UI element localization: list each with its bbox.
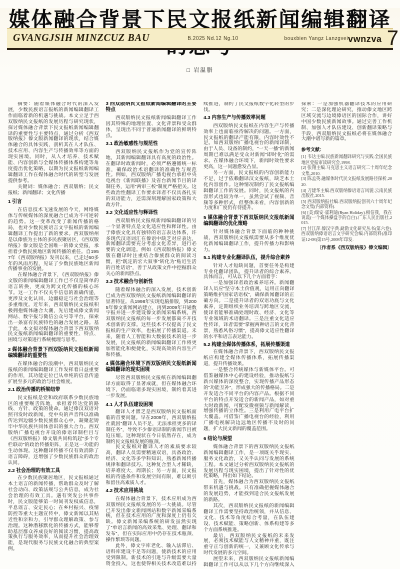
- section-heading: 3.1 政治敏感性与规范性: [106, 142, 197, 148]
- body-paragraph: 在少数民族聚居地区，民文报纸通过本土语言的新闻传播，帮助群众及时了解社会动向、政…: [8, 476, 99, 553]
- body-paragraph: 在媒体融合背景下，西双版纳民文报纸应构建全媒体传播体系，拓展传播渠道，提升传播效…: [204, 350, 295, 368]
- body-paragraph: 尽管西双版纳民文报纸在新闻编辑翻译方面取得了显著成就，但在媒体融合环境下，仍面临…: [106, 376, 197, 400]
- author-affiliation: 〔作者系《西双版纳报》傣文编辑〕: [301, 245, 392, 251]
- section-heading: 2.2 社会治理的有效工具: [8, 469, 99, 475]
- body-paragraph: 一是加强译者政治素养培养。新闻翻译人员应“坚守本土价值观，运用正向翻译策略维护国…: [204, 281, 295, 340]
- body-paragraph: 西双版纳民文报纸作为党的宣传阵地，其新闻编辑翻译具有高度的政治性。在翻译时政新闻…: [106, 150, 197, 209]
- body-paragraph: 首先，媒体融合为西双版纳民文报纸带来机遇与挑战。只有准确把握媒体融合的发展趋势，…: [204, 480, 295, 504]
- references-heading: 参考文献：: [301, 147, 392, 153]
- newspaper-page: GVANGJSIH MINZCUZ BAU B.2025 Nd.12 Ng.10…: [0, 8, 400, 569]
- body-paragraph: 关键词：媒体融合；西双版纳；民文报纸；新闻翻译；文化传播: [8, 185, 99, 197]
- issue-date: B.2025 Nd.12 Ng.10: [188, 36, 239, 42]
- body-paragraph: 媒体融合背景下的西双版纳民文报纸新闻编辑翻译工作，是一项既关乎现实、服务文化政治…: [204, 445, 295, 480]
- section-heading: 5.2 构建全媒体传播体系，拓展传播渠道: [204, 343, 295, 349]
- section-heading: 3.3 技术融合与创新性: [106, 280, 197, 286]
- body-paragraph: 西双版纳民文报纸在内容生产与传播效率上也面临亟待解决的问题。一方面，民文报纸的翻…: [204, 124, 295, 171]
- section-name: vwnzva: [348, 34, 382, 44]
- body-paragraph: 在信息技术飞速发展的今天，网络媒体与传统媒体的深度融合已成为不可逆转的趋势。这一…: [8, 208, 99, 273]
- body-paragraph: 另一方面，民文报纸的内容创新能力不足，过于依赖翻译汉文报纸，缺乏本土化内容创作。…: [204, 171, 295, 212]
- reference-item: [4] 刀建华主编.西双版纳傣语语言风貌.云南民族出版社,2015.: [301, 188, 392, 199]
- body-paragraph: 西双版纳民文报纸新闻编辑翻译的另一个显著特点是文化适应性和释译性。由于傣族文化具…: [106, 219, 197, 278]
- paper-name: GVANGJSIH MINZCUZ BAU: [13, 33, 150, 44]
- body-paragraph: 在媒体融合的浪潮中，西双版纳民文报纸的新闻编辑翻译工作发挥着日益重要的作用，其功…: [8, 362, 99, 386]
- section-heading: 3.2 文化适应性与释译性: [106, 211, 197, 217]
- reference-item: [2] 张翔主编.马克思主义语言研究二十周年纪念文集,2010.: [301, 165, 392, 176]
- body-paragraph: 在媒体融合背景下，技术应用成为西双版纳民文报纸发展的另一大挑战。尽管已开发出傣文…: [106, 497, 197, 544]
- section-heading: 1 引言: [8, 200, 99, 206]
- byline: □ 岩温腊: [0, 66, 400, 74]
- section-heading: 5 媒体融合背景下西双版纳民文报纸新闻编辑翻译的优化策略: [204, 216, 295, 228]
- section-heading: 4.1 人才队伍建设困境: [106, 403, 197, 409]
- masthead: GVANGJSIH MINZCUZ BAU B.2025 Nd.12 Ng.10…: [7, 28, 393, 50]
- reference-item: [5] 西双版纳报社编.西双版纳报创刊六十周年纪念文集(内部资料).: [301, 199, 392, 210]
- body-paragraph: 最后，西双版纳民文报纸的未来发展，必须技术赋能与人文精神并重，既注重守正与创新的…: [204, 534, 295, 558]
- reference-item: [1] 韦达主编.民族新闻翻译研究与实践.全国民族地区党报审读研究会,1998.: [301, 154, 392, 165]
- section-heading: 4.3 内容生产与传播效率问题: [204, 116, 295, 122]
- body-paragraph: 民文报纸是党和政府联系少数民族地区的重要喉舌阵地，承担着传达党的路线、方针、政策…: [8, 396, 99, 467]
- body-paragraph: 一是整合传统媒体与新媒体平台。可借鉴融媒体中心的建设经验，推动报纸与新兴媒体的深…: [204, 368, 295, 433]
- section-heading: 4 媒体融合环境下西双版纳民文报纸新闻编辑翻译的现实困境: [106, 362, 197, 374]
- section-heading: 2 媒体融合背景下西双版纳民文报纸新闻编辑翻译的重要性: [8, 348, 99, 360]
- body-paragraph: 随着媒体融合的深入发展，技术创新已成为西双版纳民文报纸新闻编辑翻译的显著特征。从…: [106, 288, 197, 359]
- page-editor: bouxbien Yangz Lanzgvei: [284, 36, 348, 42]
- article-body: 摘要：随着媒体融合时代的深入发展，少数民族语言报纸的新闻编辑翻译工作面临着新的机…: [8, 102, 392, 569]
- section-heading: 6 结论与展望: [204, 437, 295, 443]
- body-paragraph: 其次，西双版纳民文报纸的新闻编辑翻译工作需要坚持政治统领，并从信息、文化、技术等…: [204, 504, 295, 534]
- body-paragraph: 西双版纳民文报纸新闻编辑翻译工作因其特殊的地理位置、文化背景和受众群体，呈现出不…: [106, 116, 197, 140]
- section-heading: 4.2 技术应用挑战: [106, 489, 197, 495]
- body-paragraph: 民文报纸对翻译人才的素质要求较高，翻译人员需要精通双语，具备政治、经济、文化等多…: [106, 445, 197, 486]
- section-heading: 3 西双版纳民文报纸新闻编辑翻译的主要特点: [106, 102, 197, 114]
- body-paragraph: 针对人才短缺问题，首要任务是构建专业化翻译团队，提升译者的综合素养。具体而言，可…: [204, 264, 295, 282]
- section-page: vwnzva 7: [348, 28, 399, 49]
- reference-item: [7] 甘江萍.傣汉字典.勐泐文化研究丛书(第六卷).西双版纳傣语语言文字研究会…: [301, 226, 392, 242]
- body-paragraph: 针对媒体融合背景下面临的种种挑战，西双版纳民文报纸需要从多个维度优化新闻编辑翻译…: [204, 230, 295, 254]
- page-number: 7: [387, 28, 399, 49]
- body-paragraph: 翻译人才匮乏是西双版纳民文报纸面临的首要问题。早在2009年，西双版纳报社就因“…: [106, 410, 197, 445]
- section-heading: 5.1 构建专业化翻译队伍，提升综合素养: [204, 256, 295, 262]
- reference-item: [6] [美]瑞安·霍利迪(Ryan Holiday).相信我，我在说谎(一个媒…: [301, 210, 392, 226]
- section-heading: 2.1 政治传播的桥梁纽带: [8, 388, 99, 394]
- body-paragraph: 在媒体融合背景下，《西双版纳报》傣文版的新闻编辑翻译工作已不仅是简单的语言转换，…: [8, 273, 99, 344]
- body-paragraph: 摘要：随着媒体融合时代的深入发展，少数民族语言报纸的新闻编辑翻译工作面临着新的机…: [8, 102, 99, 185]
- reference-item: [3] 陈孟英.融媒体时代民文报纸发展路径探析,2020.: [301, 176, 392, 187]
